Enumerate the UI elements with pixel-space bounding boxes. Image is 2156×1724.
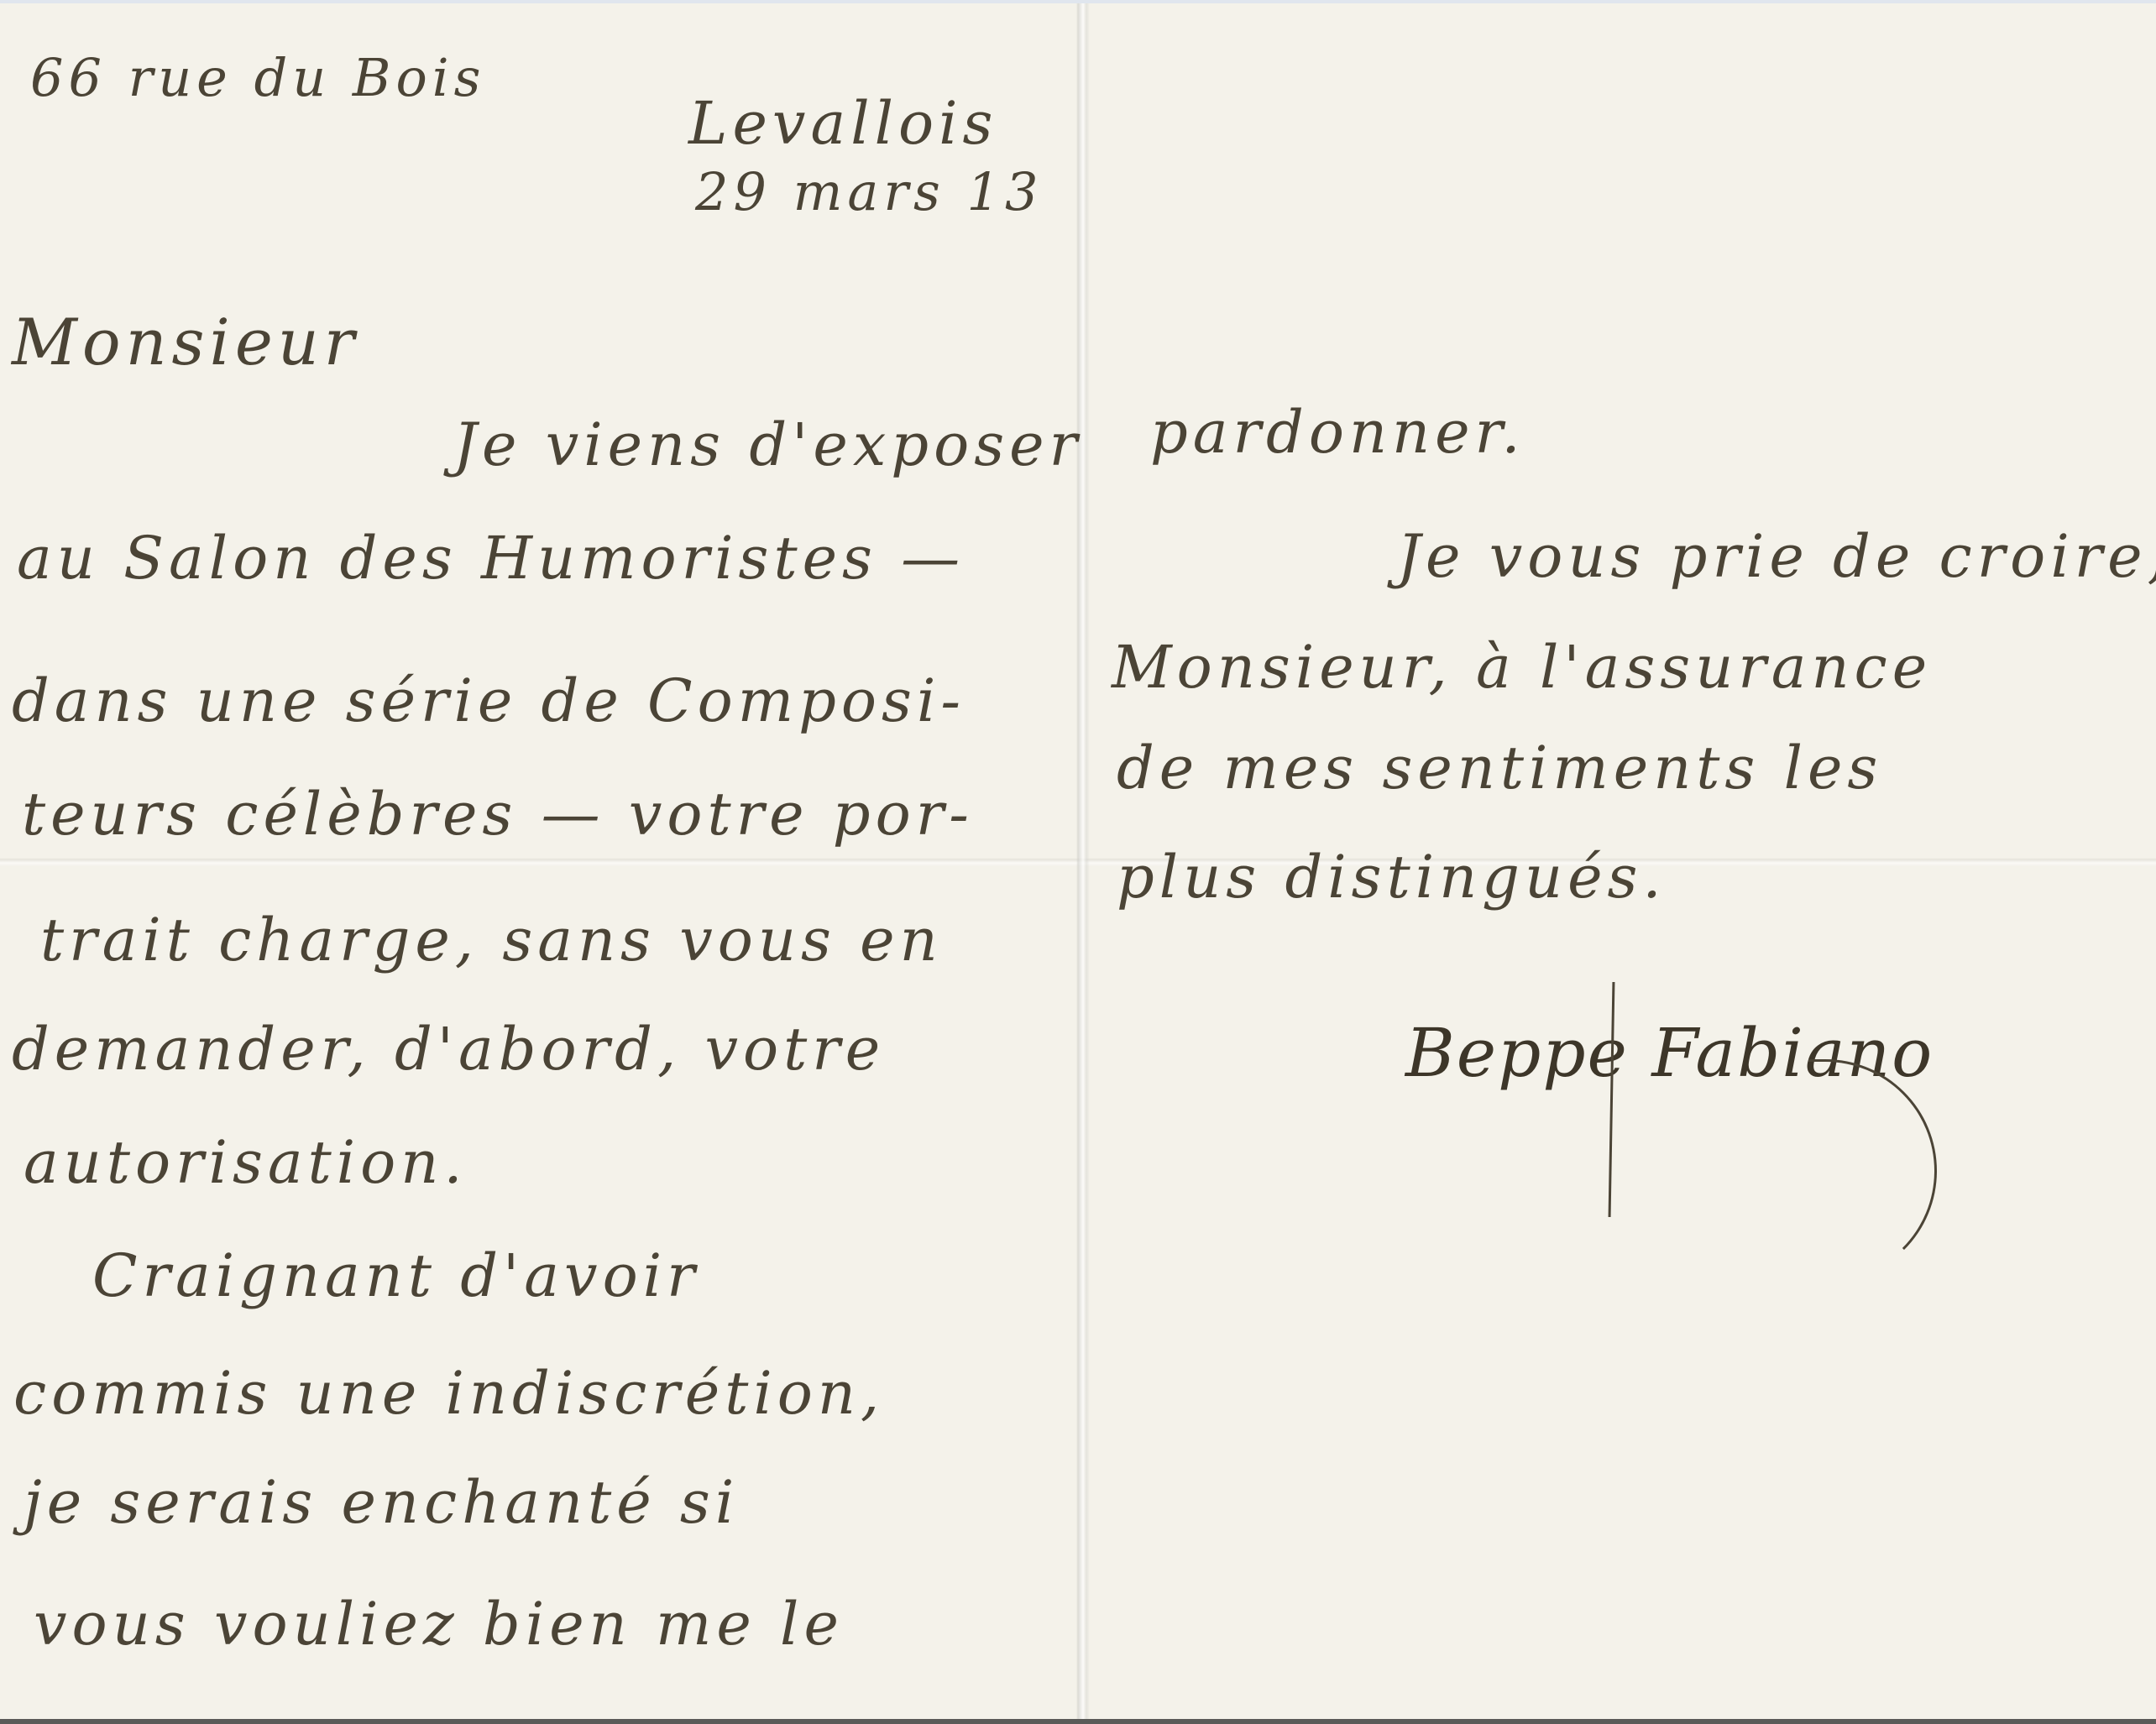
body-line: vous vouliez bien me le (34, 1595, 844, 1653)
right-page: pardonner. Je vous prie de croire, Monsi… (1086, 0, 2156, 1724)
sender-city: Levallois (688, 94, 997, 153)
body-line: je serais enchanté si (24, 1473, 739, 1532)
letter-date: 29 mars 13 (695, 166, 1043, 218)
body-line: trait charge, sans vous en (40, 911, 943, 969)
body-line: autorisation. (24, 1133, 468, 1192)
body-line: plus distingués. (1117, 848, 1667, 906)
body-line: demander, d'abord, votre (12, 1020, 885, 1079)
body-line: Je viens d'exposer (453, 415, 1082, 474)
sender-address: 66 rue du Bois (30, 52, 485, 104)
body-line: Monsieur, à l'assurance (1112, 638, 1932, 697)
body-line: au Salon des Humoristes — (17, 529, 965, 588)
scan-bottom-edge (0, 1719, 2156, 1724)
body-line: commis une indiscrétion, (13, 1364, 884, 1423)
signature-flourish (1808, 1059, 1937, 1283)
left-page: 66 rue du Bois Levallois 29 mars 13 Mons… (0, 0, 1078, 1724)
salutation: Monsieur (12, 311, 359, 374)
letter-sheet: 66 rue du Bois Levallois 29 mars 13 Mons… (0, 0, 2156, 1724)
body-line: teurs célèbres — votre por- (22, 785, 974, 844)
body-line: de mes sentiments les (1117, 739, 1882, 797)
body-line: dans une série de Composi- (12, 671, 965, 730)
body-line: pardonner. (1150, 403, 1525, 462)
body-line: Craignant d'avoir (92, 1246, 700, 1305)
body-line: Je vous prie de croire, (1397, 527, 2156, 586)
